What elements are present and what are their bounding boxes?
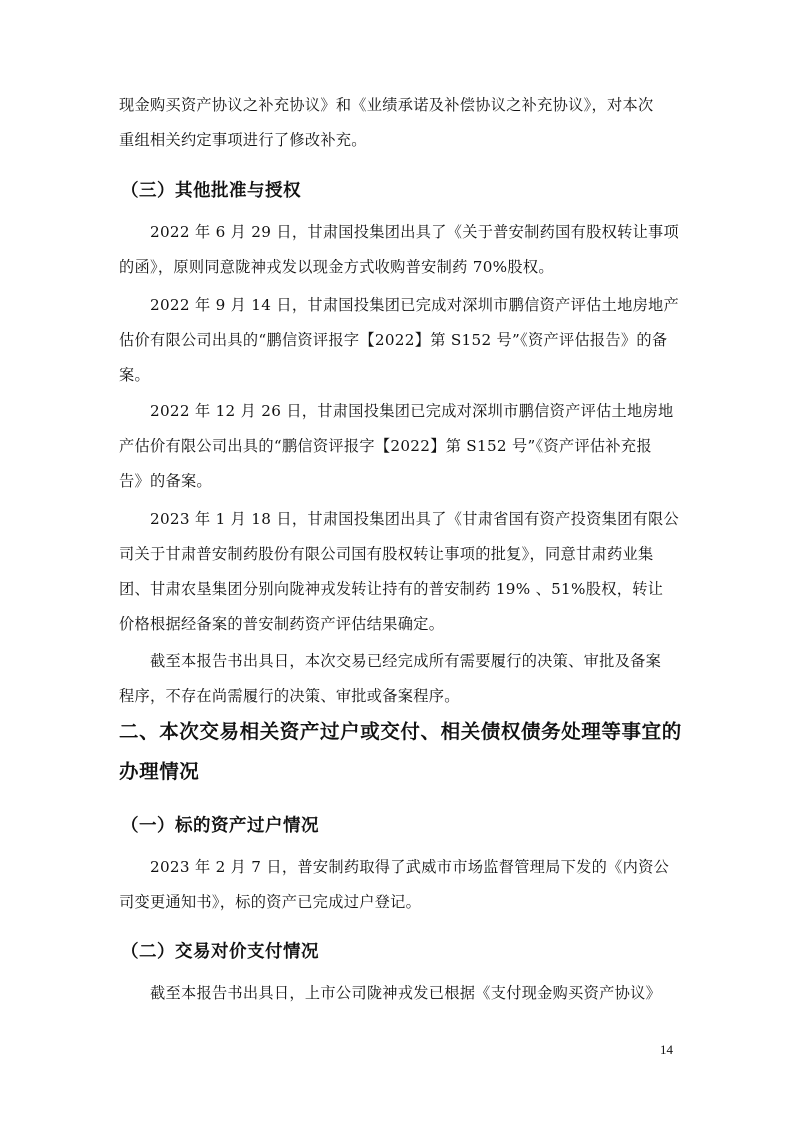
text-line: 2023 年 2 月 7 日，普安制药取得了武威市市场监督管理局下发的《内资公	[119, 850, 679, 885]
paragraph-2022-12-26: 2022 年 12 月 26 日，甘肃国投集团已完成对深圳市鹏信资产评估土地房地…	[119, 394, 679, 499]
paragraph-approvals-complete: 截至本报告书出具日，本次交易已经完成所有需要履行的决策、审批及备案 程序，不存在…	[119, 644, 679, 714]
paragraph-2023-01-18: 2023 年 1 月 18 日，甘肃国投集团出具了《甘肃省国有资产投资集团有限公…	[119, 502, 679, 642]
text-line: 2022 年 9 月 14 日，甘肃国投集团已完成对深圳市鹏信资产评估土地房地产	[119, 288, 679, 323]
text-line: 程序，不存在尚需履行的决策、审批或备案程序。	[119, 679, 679, 714]
text-line: 的函》，原则同意陇神戎发以现金方式收购普安制药 70%股权。	[119, 250, 679, 285]
section-heading-asset-transfer-status: （一）标的资产过户情况	[121, 812, 319, 837]
page-number: 14	[660, 1042, 673, 1058]
text-line: 2022 年 6 月 29 日，甘肃国投集团出具了《关于普安制药国有股权转让事项	[119, 215, 679, 250]
text-line: 2022 年 12 月 26 日，甘肃国投集团已完成对深圳市鹏信资产评估土地房地	[119, 394, 679, 429]
text-line: 估价有限公司出具的“鹏信资评报字【2022】第 S152 号”《资产评估报告》的…	[119, 323, 679, 358]
text-line: 司变更通知书》，标的资产已完成过户登记。	[119, 885, 679, 920]
text-line: 截至本报告书出具日，本次交易已经完成所有需要履行的决策、审批及备案	[119, 644, 679, 679]
text-line: 价格根据经备案的普安制药资产评估结果确定。	[119, 607, 679, 642]
paragraph-payment: 截至本报告书出具日，上市公司陇神戎发已根据《支付现金购买资产协议》	[119, 976, 679, 1011]
text-line: 司关于甘肃普安制药股份有限公司国有股权转让事项的批复》，同意甘肃药业集	[119, 537, 679, 572]
heading-line: 办理情况	[119, 752, 682, 792]
text-line: 截至本报告书出具日，上市公司陇神戎发已根据《支付现金购买资产协议》	[119, 976, 679, 1011]
paragraph-2023-02-07: 2023 年 2 月 7 日，普安制药取得了武威市市场监督管理局下发的《内资公 …	[119, 850, 679, 920]
text-line: 重组相关约定事项进行了修改补充。	[119, 123, 679, 158]
text-line: 产估价有限公司出具的“鹏信资评报字【2022】第 S152 号”《资产评估补充报	[119, 429, 679, 464]
paragraph-2022-06-29: 2022 年 6 月 29 日，甘肃国投集团出具了《关于普安制药国有股权转让事项…	[119, 215, 679, 285]
document-page: 现金购买资产协议之补充协议》和《业绩承诺及补偿协议之补充协议》，对本次 重组相关…	[0, 0, 793, 1122]
paragraph-2022-09-14: 2022 年 9 月 14 日，甘肃国投集团已完成对深圳市鹏信资产评估土地房地产…	[119, 288, 679, 393]
chapter-heading-asset-transfer: 二、本次交易相关资产过户或交付、相关债权债务处理等事宜的 办理情况	[119, 712, 682, 792]
text-line: 团、甘肃农垦集团分别向陇神戎发转让持有的普安制药 19% 、51%股权，转让	[119, 572, 679, 607]
heading-line: 二、本次交易相关资产过户或交付、相关债权债务处理等事宜的	[119, 712, 682, 752]
text-line: 现金购买资产协议之补充协议》和《业绩承诺及补偿协议之补充协议》，对本次	[119, 88, 679, 123]
text-line: 2023 年 1 月 18 日，甘肃国投集团出具了《甘肃省国有资产投资集团有限公	[119, 502, 679, 537]
paragraph-intro: 现金购买资产协议之补充协议》和《业绩承诺及补偿协议之补充协议》，对本次 重组相关…	[119, 88, 679, 158]
section-heading-other-approvals: （三）其他批准与授权	[121, 177, 301, 202]
text-line: 告》的备案。	[119, 464, 679, 499]
section-heading-payment-status: （二）交易对价支付情况	[121, 938, 319, 963]
text-line: 案。	[119, 358, 679, 393]
